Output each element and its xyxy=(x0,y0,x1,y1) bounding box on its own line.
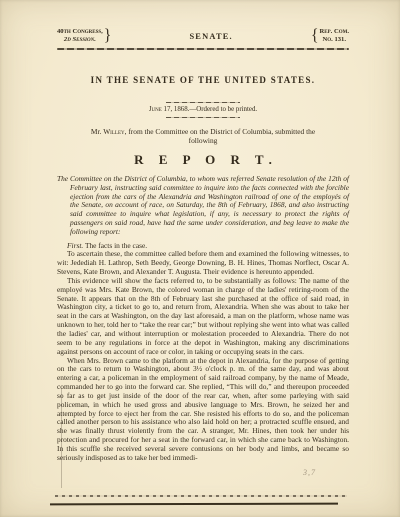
session-line: 2d Session. xyxy=(57,36,103,44)
date-month: June xyxy=(149,106,162,113)
date-rest: 17, 1868.—Ordered to be printed. xyxy=(162,106,257,113)
evidence-paragraph: This evidence will show the facts referr… xyxy=(57,277,349,357)
submission-rest: , from the Committee on the District of … xyxy=(125,127,316,136)
document-title: IN THE SENATE OF THE UNITED STATES. xyxy=(57,75,349,85)
footer-solid-rule xyxy=(50,503,338,506)
submitter-name: Willey xyxy=(103,127,124,136)
report-no-line: No. 131. xyxy=(320,36,349,44)
faint-page-mark: 3,7 xyxy=(303,468,316,477)
witnesses-paragraph: To ascertain these, the committee called… xyxy=(57,250,349,277)
congress-line: 40th Congress, xyxy=(57,28,103,36)
scan-crease-line xyxy=(61,388,62,488)
date-rule-above xyxy=(166,102,240,103)
masthead-rule xyxy=(57,48,349,50)
masthead-left: 40th Congress, 2d Session. } xyxy=(57,27,112,45)
submission-line2: following xyxy=(189,136,218,145)
submission-prefix: Mr. xyxy=(91,127,103,136)
left-brace-glyph: } xyxy=(103,27,113,46)
masthead-right: { Rep. Com. No. 131. xyxy=(310,27,349,45)
first-label: First. xyxy=(67,241,83,250)
resolution-paragraph: The Committee on the District of Columbi… xyxy=(57,175,349,237)
document-page: 40th Congress, 2d Session. } SENATE. { R… xyxy=(0,0,400,517)
page-content: 40th Congress, 2d Session. } SENATE. { R… xyxy=(57,27,349,463)
submission-line: Mr. Willey, from the Committee on the Di… xyxy=(57,127,349,145)
footer-dotted-rule xyxy=(55,495,347,497)
incident-paragraph: When Mrs. Brown came to the platform at … xyxy=(57,357,349,463)
report-number-label: Rep. Com. No. 131. xyxy=(320,28,349,43)
masthead: 40th Congress, 2d Session. } SENATE. { R… xyxy=(57,27,349,45)
chamber-label: SENATE. xyxy=(189,32,232,41)
right-brace-glyph: { xyxy=(310,27,320,46)
first-rest: The facts in the case. xyxy=(83,241,147,250)
report-heading: R E P O R T. xyxy=(57,152,349,168)
date-rule-below xyxy=(166,117,240,118)
order-date-line: June 17, 1868.—Ordered to be printed. xyxy=(57,106,349,113)
report-committee-line: Rep. Com. xyxy=(320,28,349,36)
congress-session-label: 40th Congress, 2d Session. xyxy=(57,28,103,43)
